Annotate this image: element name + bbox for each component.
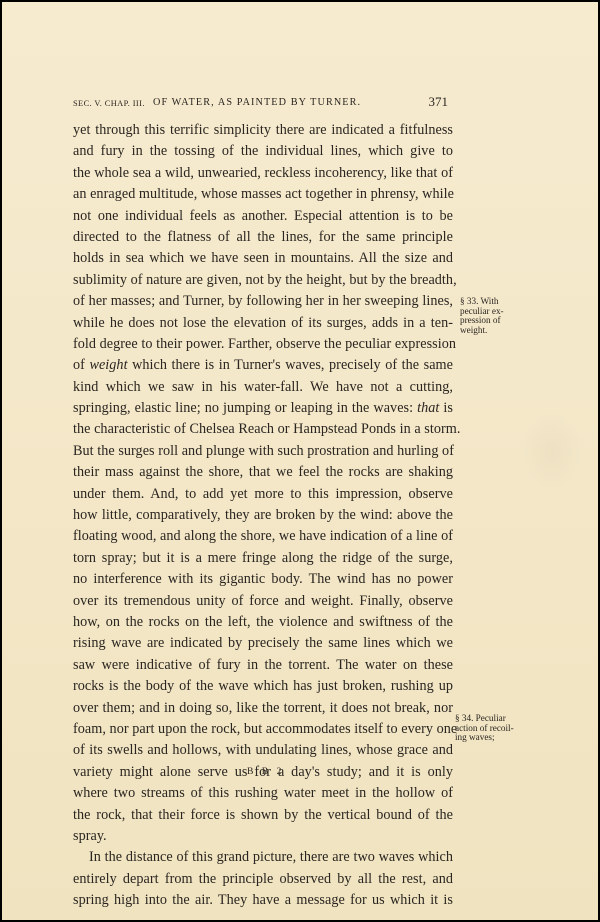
body-text: yet through this terrific simplicity the…	[73, 120, 453, 911]
book-page: SEC. V. CHAP. III. OF WATER, AS PAINTED …	[2, 2, 598, 920]
text-line: In the distance of this grand picture, t…	[73, 847, 453, 868]
text-line: rocks is the body of the wave which has …	[73, 676, 453, 697]
text-line: over them; and in doing so, like the tor…	[73, 698, 453, 719]
text-line: of weight which there is in Turner's wav…	[73, 355, 453, 376]
chapter-title: OF WATER, AS PAINTED BY TURNER.	[153, 97, 361, 108]
text-line: while he does not lose the elevation of …	[73, 313, 453, 334]
text-line: the rock, that their force is shown by t…	[73, 805, 453, 826]
text-line: their mass against the shore, that we fe…	[73, 462, 453, 483]
text-line: of its swells and hollows, with undulati…	[73, 740, 453, 761]
text-line: springing, elastic line; no jumping or l…	[73, 398, 453, 419]
text-line: directed to the flatness of all the line…	[73, 227, 453, 248]
text-segment: which there is in Turner's waves, precis…	[128, 357, 453, 373]
text-line: saw were indicative of fury in the torre…	[73, 655, 453, 676]
text-line: floating wood, and along the shore, we h…	[73, 526, 453, 547]
text-line: yet through this terrific simplicity the…	[73, 120, 453, 141]
text-line: not one individual feels as another. Esp…	[73, 206, 453, 227]
sidenote-line: ing waves;	[455, 733, 555, 743]
text-line: how, on the rocks on the left, the viole…	[73, 612, 453, 633]
sidenote-section-33: § 33. With peculiar ex- pression of weig…	[460, 297, 560, 335]
text-segment: springing, elastic line; no jumping or l…	[73, 400, 417, 416]
text-line: rising wave are indicated by precisely t…	[73, 633, 453, 654]
text-line: spring high into the air. They have a me…	[73, 890, 453, 911]
page-number: 371	[429, 94, 449, 110]
text-line: and fury in the tossing of the individua…	[73, 141, 453, 162]
running-head: SEC. V. CHAP. III. OF WATER, AS PAINTED …	[73, 96, 448, 112]
text-line: how little, comparatively, they are brok…	[73, 505, 453, 526]
text-line: spray.	[73, 826, 453, 847]
text-line: foam, nor part upon the rock, but accomm…	[73, 719, 453, 740]
signature-mark: B B 2	[247, 766, 284, 777]
text-segment: is	[439, 400, 453, 416]
text-line: the characteristic of Chelsea Reach or H…	[73, 419, 453, 440]
text-line: kind which we saw in his water-fall. We …	[73, 377, 453, 398]
show-through-artifact	[522, 412, 582, 492]
text-line: the whole sea a wild, unwearied, reckles…	[73, 163, 453, 184]
italic-emphasis: that	[417, 400, 439, 416]
text-line: fold degree to their power. Farther, obs…	[73, 334, 453, 355]
text-line: But the surges roll and plunge with such…	[73, 441, 453, 462]
text-line: entirely depart from the principle obser…	[73, 869, 453, 890]
section-chapter-label: SEC. V. CHAP. III.	[73, 99, 145, 108]
text-line: of her masses; and Turner, by following …	[73, 291, 453, 312]
text-line: where two streams of this rushing water …	[73, 783, 453, 804]
text-line: over its tremendous unity of force and w…	[73, 591, 453, 612]
text-line: torn spray; but it is a mere fringe alon…	[73, 548, 453, 569]
text-line: no interference with its gigantic body. …	[73, 569, 453, 590]
text-line: holds in sea which we have seen in mount…	[73, 248, 453, 269]
text-segment: of	[73, 357, 89, 373]
text-line: an enraged multitude, whose masses act t…	[73, 184, 453, 205]
italic-emphasis: weight	[89, 357, 127, 373]
sidenote-section-34: § 34. Peculiar action of recoil- ing wav…	[455, 714, 555, 743]
text-line: under them. And, to add yet more to this…	[73, 484, 453, 505]
text-line: sublimity of nature are given, not by th…	[73, 270, 453, 291]
sidenote-line: weight.	[460, 326, 560, 336]
